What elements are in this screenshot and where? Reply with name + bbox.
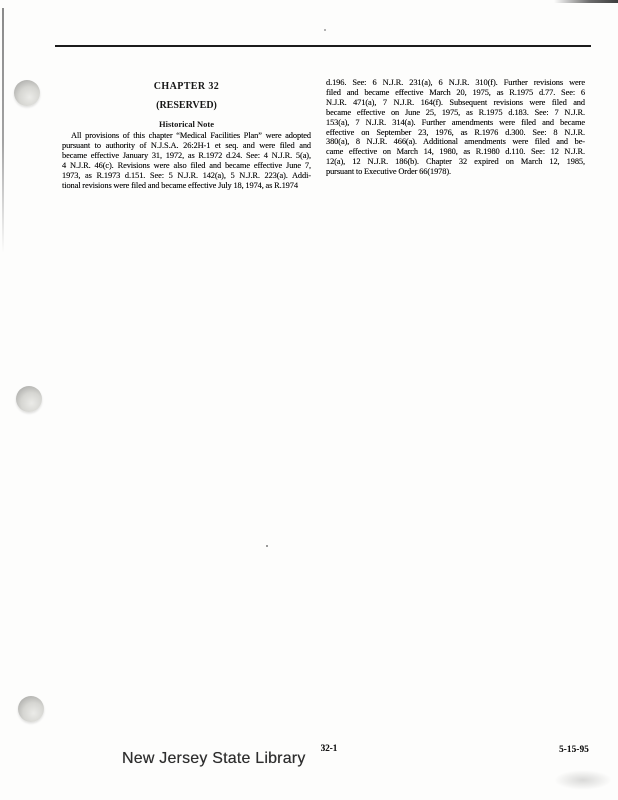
historical-note-text-left: All provisions of this chapter “Medical … <box>62 131 311 190</box>
text-line: came effective on March 14, 1980, as R.1… <box>326 147 585 157</box>
chapter-heading: CHAPTER 32 <box>62 81 311 92</box>
scan-smudge-artifact <box>554 770 612 790</box>
scan-edge-artifact <box>2 8 4 253</box>
scan-corner-artifact <box>554 0 618 3</box>
text-line: became effective January 31, 1972, as R.… <box>62 151 311 161</box>
text-line: All provisions of this chapter “Medical … <box>62 131 311 141</box>
library-stamp: New Jersey State Library <box>122 750 306 768</box>
hole-punch <box>14 80 40 106</box>
historical-note-heading: Historical Note <box>62 120 311 129</box>
hole-punch <box>16 386 42 412</box>
left-column: CHAPTER 32 (RESERVED) Historical Note Al… <box>62 81 311 190</box>
text-line: effective on September 23, 1976, as R.19… <box>326 128 585 138</box>
text-line: pursuant to authority of N.J.S.A. 26:2H-… <box>62 141 311 151</box>
footer-date: 5-15-95 <box>545 744 589 754</box>
text-line: d.196. See: 6 N.J.R. 231(a), 6 N.J.R. 31… <box>326 78 585 88</box>
text-line: pursuant to Executive Order 66(1978). <box>326 167 585 177</box>
page-number: 32-1 <box>299 743 359 753</box>
text-line: 4 N.J.R. 46(c). Revisions were also file… <box>62 161 311 171</box>
scanned-document-page: CHAPTER 32 (RESERVED) Historical Note Al… <box>0 0 618 800</box>
scan-speck <box>266 545 268 547</box>
hole-punch <box>18 696 44 722</box>
text-line: 380(a), 8 N.J.R. 466(a). Additional amen… <box>326 137 585 147</box>
text-line: 12(a), 12 N.J.R. 186(b). Chapter 32 expi… <box>326 157 585 167</box>
header-rule <box>55 45 591 47</box>
text-line: N.J.R. 471(a), 7 N.J.R. 164(f). Subseque… <box>326 98 585 108</box>
text-line: filed and became effective March 20, 197… <box>326 88 585 98</box>
text-line: tional revisions were filed and became e… <box>62 181 311 191</box>
reserved-heading: (RESERVED) <box>62 100 311 111</box>
historical-note-text-right: d.196. See: 6 N.J.R. 231(a), 6 N.J.R. 31… <box>326 78 585 177</box>
scan-speck <box>324 29 326 31</box>
text-line: 153(a), 7 N.J.R. 314(a). Further amendme… <box>326 118 585 128</box>
text-line: became effective on June 25, 1975, as R.… <box>326 108 585 118</box>
text-line: 1973, as R.1973 d.151. See: 5 N.J.R. 142… <box>62 171 311 181</box>
